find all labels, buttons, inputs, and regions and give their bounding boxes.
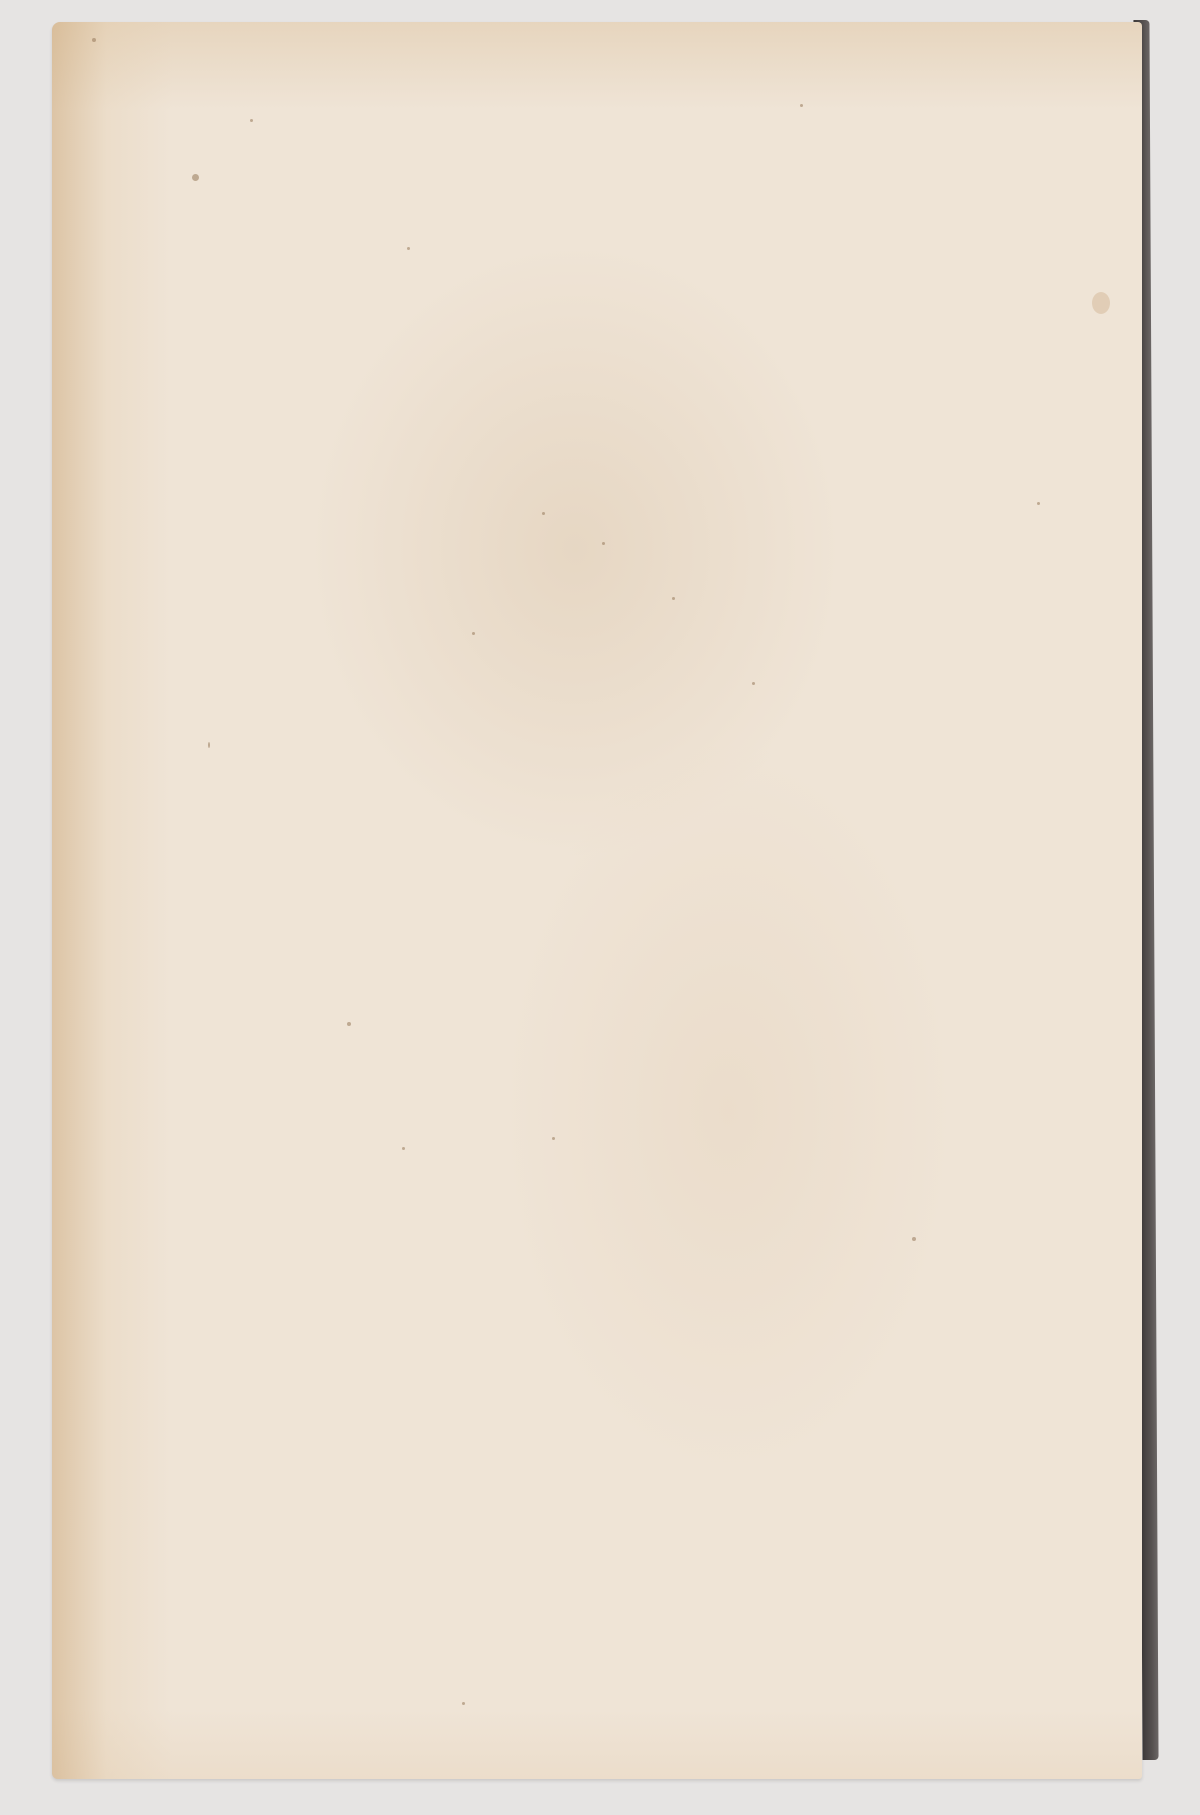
foxing-spot [912, 1237, 916, 1241]
foxing-spot [752, 682, 755, 685]
foxing-spot [800, 104, 803, 107]
foxing-spot [250, 119, 253, 122]
foxing-spot [602, 542, 605, 545]
foxing-spot [552, 1137, 555, 1140]
foxing-spot [92, 38, 96, 42]
foxing-spot [462, 1702, 465, 1705]
foxing-spot [542, 512, 545, 515]
foxing-spot [347, 1022, 351, 1026]
foxing-spot [472, 632, 475, 635]
foxing-spot [407, 247, 410, 250]
blank-paper-page [52, 22, 1142, 1779]
foxing-spot [672, 597, 675, 600]
foxing-spot [402, 1147, 405, 1150]
foxing-spot [208, 742, 210, 748]
foxing-spot [192, 174, 199, 181]
foxing-spot [1092, 292, 1110, 314]
foxing-spot [1037, 502, 1040, 505]
